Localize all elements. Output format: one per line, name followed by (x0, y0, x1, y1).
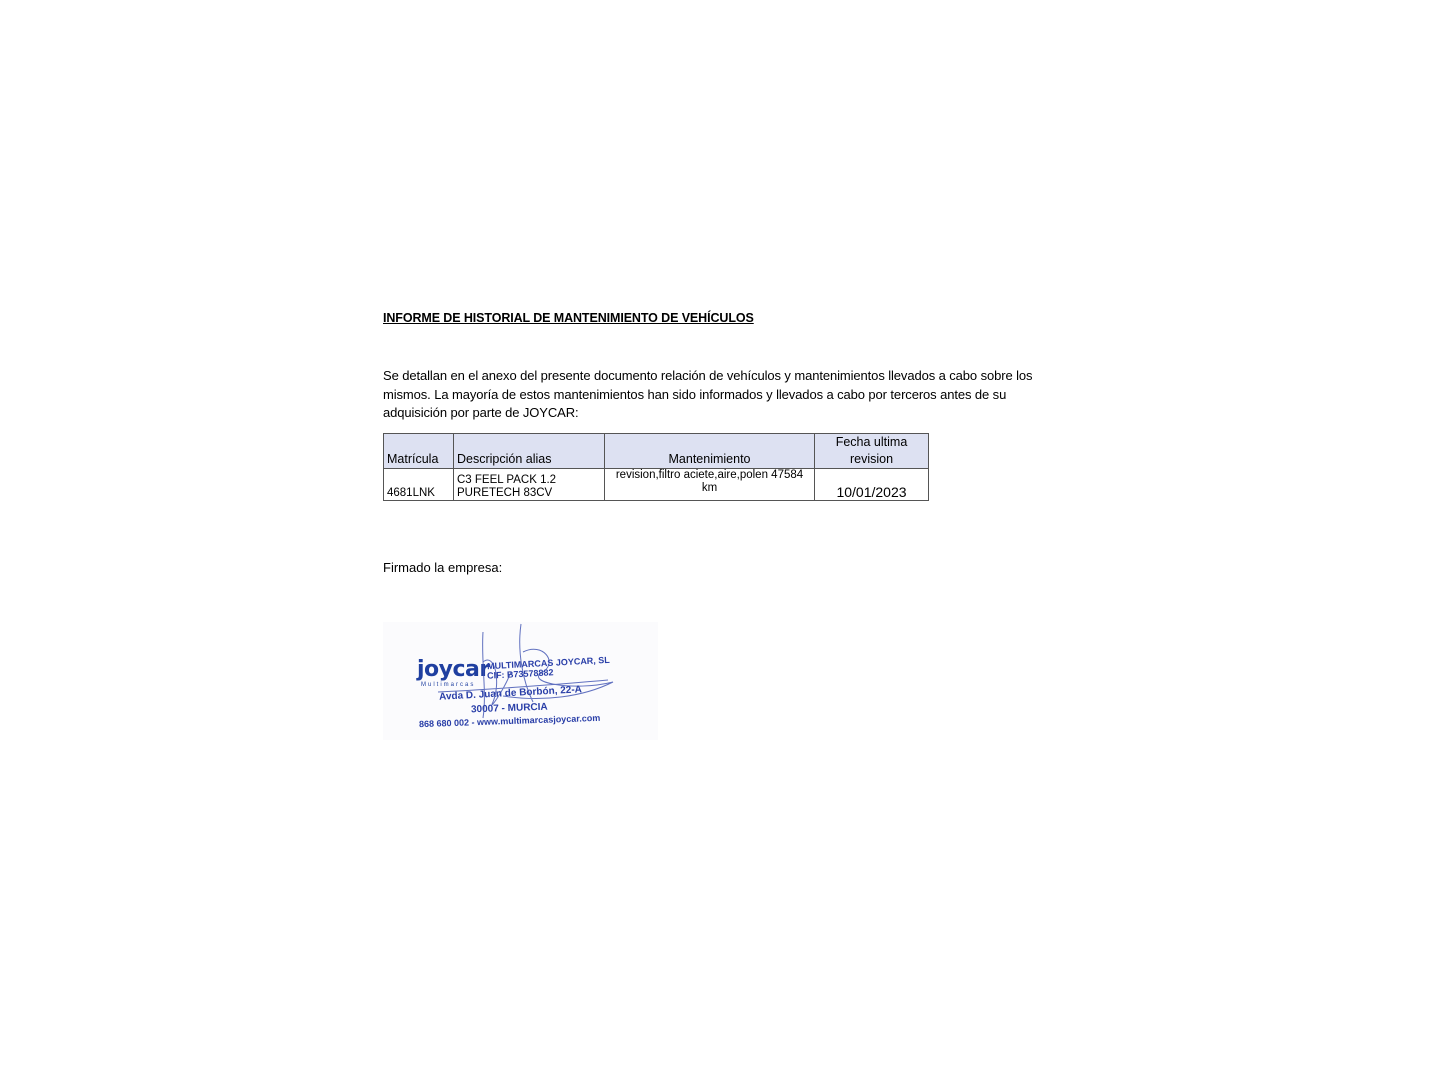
cell-fecha: 10/01/2023 (815, 469, 929, 501)
column-header-matricula: Matrícula (384, 434, 454, 469)
column-header-mantenimiento: Mantenimiento (605, 434, 815, 469)
cell-descripcion: C3 FEEL PACK 1.2 PURETECH 83CV (454, 469, 605, 501)
company-stamp: joycar Multimarcas MULTIMARCAS JOYCAR, S… (383, 622, 658, 740)
column-header-descripcion: Descripción alias (454, 434, 605, 469)
handwritten-signature-icon (383, 622, 658, 740)
table-row: 4681LNK C3 FEEL PACK 1.2 PURETECH 83CV r… (384, 469, 929, 501)
document-title: INFORME DE HISTORIAL DE MANTENIMIENTO DE… (383, 311, 754, 325)
intro-paragraph: Se detallan en el anexo del presente doc… (383, 367, 1053, 423)
maintenance-table: Matrícula Descripción alias Mantenimient… (383, 433, 929, 501)
signed-label: Firmado la empresa: (383, 560, 502, 575)
cell-matricula: 4681LNK (384, 469, 454, 501)
column-header-fecha: Fecha ultima revision (815, 434, 929, 469)
cell-mantenimiento: revision,filtro aciete,aire,polen 47584 … (605, 469, 815, 501)
table-header-row: Matrícula Descripción alias Mantenimient… (384, 434, 929, 469)
